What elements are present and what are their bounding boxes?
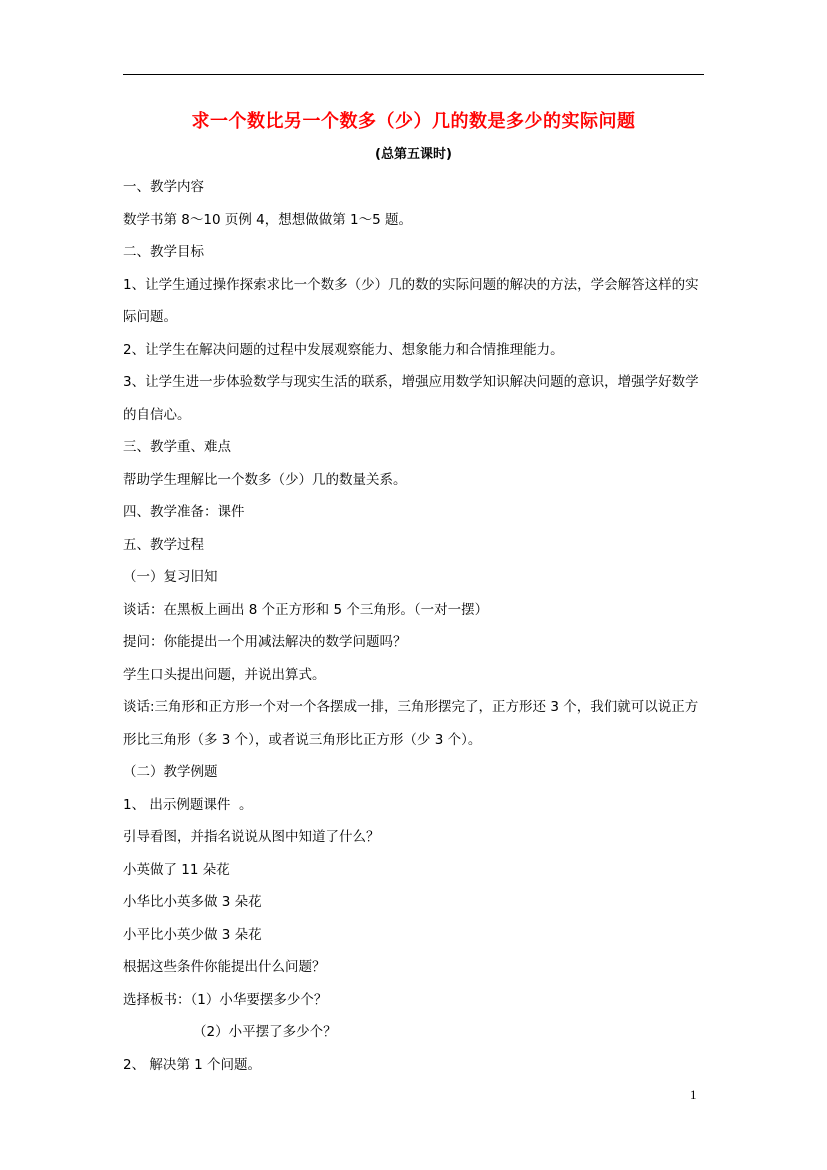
paragraph: 谈话：在黑板上画出 8 个正方形和 5 个三角形。（一对一摆） (123, 594, 707, 627)
section-heading-key-points: 三、教学重、难点 (123, 431, 707, 464)
paragraph: 小平比小英少做 3 朵花 (123, 919, 707, 952)
list-item: 2、 解决第 1 个问题。 (123, 1049, 707, 1082)
paragraph: 提问：你能提出一个用减法解决的数学问题吗？ (123, 626, 707, 659)
paragraph: 根据这些条件你能提出什么问题？ (123, 951, 707, 984)
document-title: 求一个数比另一个数多（少）几的数是多少的实际问题 (0, 110, 827, 134)
paragraph: 选择板书：（1）小华要摆多少个？ (123, 984, 707, 1017)
paragraph: 小华比小英多做 3 朵花 (123, 886, 707, 919)
objective-item: 1、让学生通过操作探索求比一个数多（少）几的数的实际问题的解决的方法，学会解答这… (123, 269, 707, 334)
page-number: 1 (690, 1087, 697, 1103)
objective-item: 3、让学生进一步体验数学与现实生活的联系，增强应用数学知识解决问题的意识，增强学… (123, 366, 707, 431)
header-rule (123, 74, 704, 75)
paragraph: 帮助学生理解比一个数多（少）几的数量关系。 (123, 464, 707, 497)
paragraph: 谈话:三角形和正方形一个对一个各摆成一排，三角形摆完了，正方形还 3 个，我们就… (123, 691, 707, 756)
section-heading-process: 五、教学过程 (123, 529, 707, 562)
paragraph: 小英做了 11 朵花 (123, 854, 707, 887)
paragraph: 数学书第 8～10 页例 4，想想做做第 1～5 题。 (123, 204, 707, 237)
section-heading-preparation: 四、教学准备：课件 (123, 496, 707, 529)
document-subtitle: (总第五课时) (0, 146, 827, 164)
subsection-heading-review: （一）复习旧知 (123, 561, 707, 594)
document-body: 一、教学内容 数学书第 8～10 页例 4，想想做做第 1～5 题。 二、教学目… (123, 171, 707, 1081)
objective-item: 2、让学生在解决问题的过程中发展观察能力、想象能力和合情推理能力。 (123, 334, 707, 367)
subsection-heading-example: （二）教学例题 (123, 756, 707, 789)
section-heading-objectives: 二、教学目标 (123, 236, 707, 269)
list-item: 1、 出示例题课件 。 (123, 789, 707, 822)
paragraph: 学生口头提出问题，并说出算式。 (123, 659, 707, 692)
paragraph: 引导看图，并指名说说从图中知道了什么？ (123, 821, 707, 854)
paragraph: （2）小平摆了多少个？ (123, 1016, 707, 1049)
section-heading-content: 一、教学内容 (123, 171, 707, 204)
